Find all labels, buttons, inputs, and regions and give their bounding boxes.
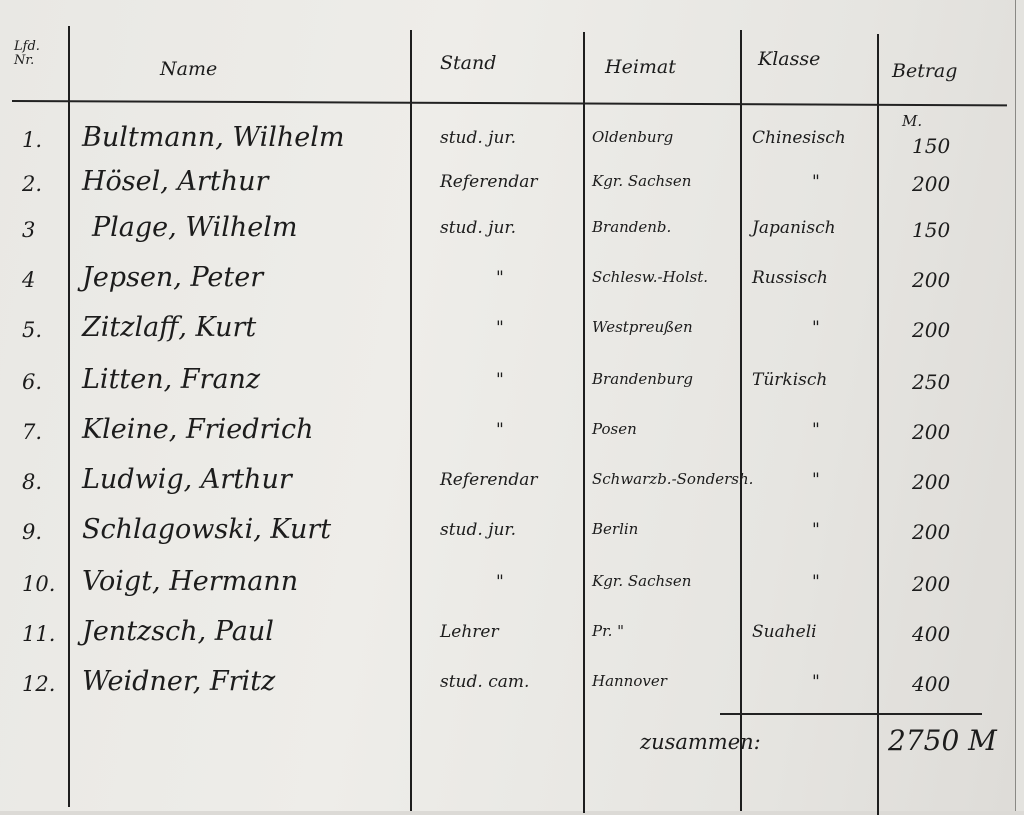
- header-betrag: Betrag: [892, 60, 957, 82]
- cell-stand: Referendar: [440, 470, 538, 490]
- column-rule-klasse: [877, 34, 879, 811]
- cell-name: Litten, Franz: [82, 364, 260, 395]
- column-rule-name: [410, 30, 412, 811]
- cell-stand: stud. jur.: [440, 128, 516, 148]
- cell-klasse: Chinesisch: [752, 128, 846, 148]
- column-rule-nr: [68, 26, 70, 807]
- cell-name: Hösel, Arthur: [82, 166, 268, 197]
- cell-nr: 3: [22, 218, 35, 242]
- cell-nr: 9.: [22, 520, 42, 544]
- cell-stand: Referendar: [440, 172, 538, 192]
- cell-klasse: Türkisch: [752, 370, 827, 390]
- cell-nr: 10.: [22, 572, 55, 596]
- cell-heimat: Kgr. Sachsen: [592, 572, 691, 590]
- cell-betrag: 400: [912, 672, 950, 696]
- cell-betrag: 200: [912, 520, 950, 544]
- cell-heimat: Brandenburg: [592, 370, 693, 388]
- cell-nr: 6.: [22, 370, 42, 394]
- header-nr: Lfd. Nr.: [14, 40, 54, 68]
- cell-klasse: Suaheli: [752, 622, 817, 642]
- cell-betrag: 250: [912, 370, 950, 394]
- cell-name: Plage, Wilhelm: [92, 212, 297, 243]
- cell-name: Weidner, Fritz: [82, 666, 275, 697]
- ledger-page: Lfd. Nr. Name Stand Heimat Klasse Betrag…: [0, 0, 1015, 811]
- header-heimat: Heimat: [605, 56, 676, 78]
- cell-klasse: ": [812, 520, 820, 540]
- cell-betrag: 400: [912, 622, 950, 646]
- cell-heimat: Oldenburg: [592, 128, 673, 146]
- cell-klasse: Japanisch: [752, 218, 836, 238]
- cell-betrag: 150: [912, 134, 950, 158]
- cell-betrag: 200: [912, 470, 950, 494]
- cell-stand: ": [496, 268, 504, 288]
- cell-klasse: ": [812, 572, 820, 592]
- cell-heimat: Kgr. Sachsen: [592, 172, 691, 190]
- header-rule: [12, 100, 1007, 106]
- cell-heimat: Westpreußen: [592, 318, 693, 336]
- cell-nr: 12.: [22, 672, 55, 696]
- cell-betrag: 200: [912, 318, 950, 342]
- total-value: 2750 M: [888, 724, 997, 757]
- cell-klasse: Russisch: [752, 268, 828, 288]
- cell-betrag: 150: [912, 218, 950, 242]
- cell-heimat: Schlesw.-Holst.: [592, 268, 708, 286]
- cell-name: Jepsen, Peter: [82, 262, 263, 293]
- cell-nr: 4: [22, 268, 35, 292]
- cell-heimat: Brandenb.: [592, 218, 671, 236]
- cell-heimat: Berlin: [592, 520, 638, 538]
- cell-nr: 1.: [22, 128, 42, 152]
- cell-stand: ": [496, 318, 504, 338]
- cell-stand: stud. jur.: [440, 520, 516, 540]
- cell-klasse: ": [812, 172, 820, 192]
- cell-name: Voigt, Hermann: [82, 566, 298, 597]
- sum-rule: [720, 713, 982, 715]
- cell-heimat: Schwarzb.-Sondersh.: [592, 470, 753, 488]
- cell-klasse: ": [812, 318, 820, 338]
- cell-klasse: ": [812, 672, 820, 692]
- header-name: Name: [160, 58, 217, 80]
- cell-stand: stud. cam.: [440, 672, 529, 692]
- cell-stand: Lehrer: [440, 622, 499, 642]
- cell-name: Jentzsch, Paul: [82, 616, 274, 647]
- cell-betrag: 200: [912, 572, 950, 596]
- cell-stand: stud. jur.: [440, 218, 516, 238]
- total-label: zusammen:: [640, 730, 761, 754]
- column-rule-heimat: [740, 30, 742, 811]
- cell-nr: 2.: [22, 172, 42, 196]
- cell-klasse: ": [812, 470, 820, 490]
- cell-heimat: Hannover: [592, 672, 667, 690]
- cell-klasse: ": [812, 420, 820, 440]
- cell-stand: ": [496, 370, 504, 390]
- cell-name: Kleine, Friedrich: [82, 414, 314, 445]
- cell-betrag: 200: [912, 268, 950, 292]
- cell-betrag: 200: [912, 420, 950, 444]
- cell-nr: 5.: [22, 318, 42, 342]
- cell-stand: ": [496, 572, 504, 592]
- cell-betrag: 200: [912, 172, 950, 196]
- cell-name: Bultmann, Wilhelm: [82, 122, 345, 153]
- cell-name: Zitzlaff, Kurt: [82, 312, 256, 343]
- cell-stand: ": [496, 420, 504, 440]
- currency-unit: M.: [902, 112, 922, 130]
- cell-heimat: Posen: [592, 420, 637, 438]
- column-rule-stand: [583, 32, 585, 811]
- cell-nr: 11.: [22, 622, 55, 646]
- header-stand: Stand: [440, 52, 496, 74]
- cell-nr: 8.: [22, 470, 42, 494]
- cell-name: Ludwig, Arthur: [82, 464, 292, 495]
- page-edge: [1015, 0, 1024, 811]
- header-klasse: Klasse: [758, 48, 820, 70]
- cell-heimat: Pr. ": [592, 622, 624, 640]
- cell-nr: 7.: [22, 420, 42, 444]
- cell-name: Schlagowski, Kurt: [82, 514, 331, 545]
